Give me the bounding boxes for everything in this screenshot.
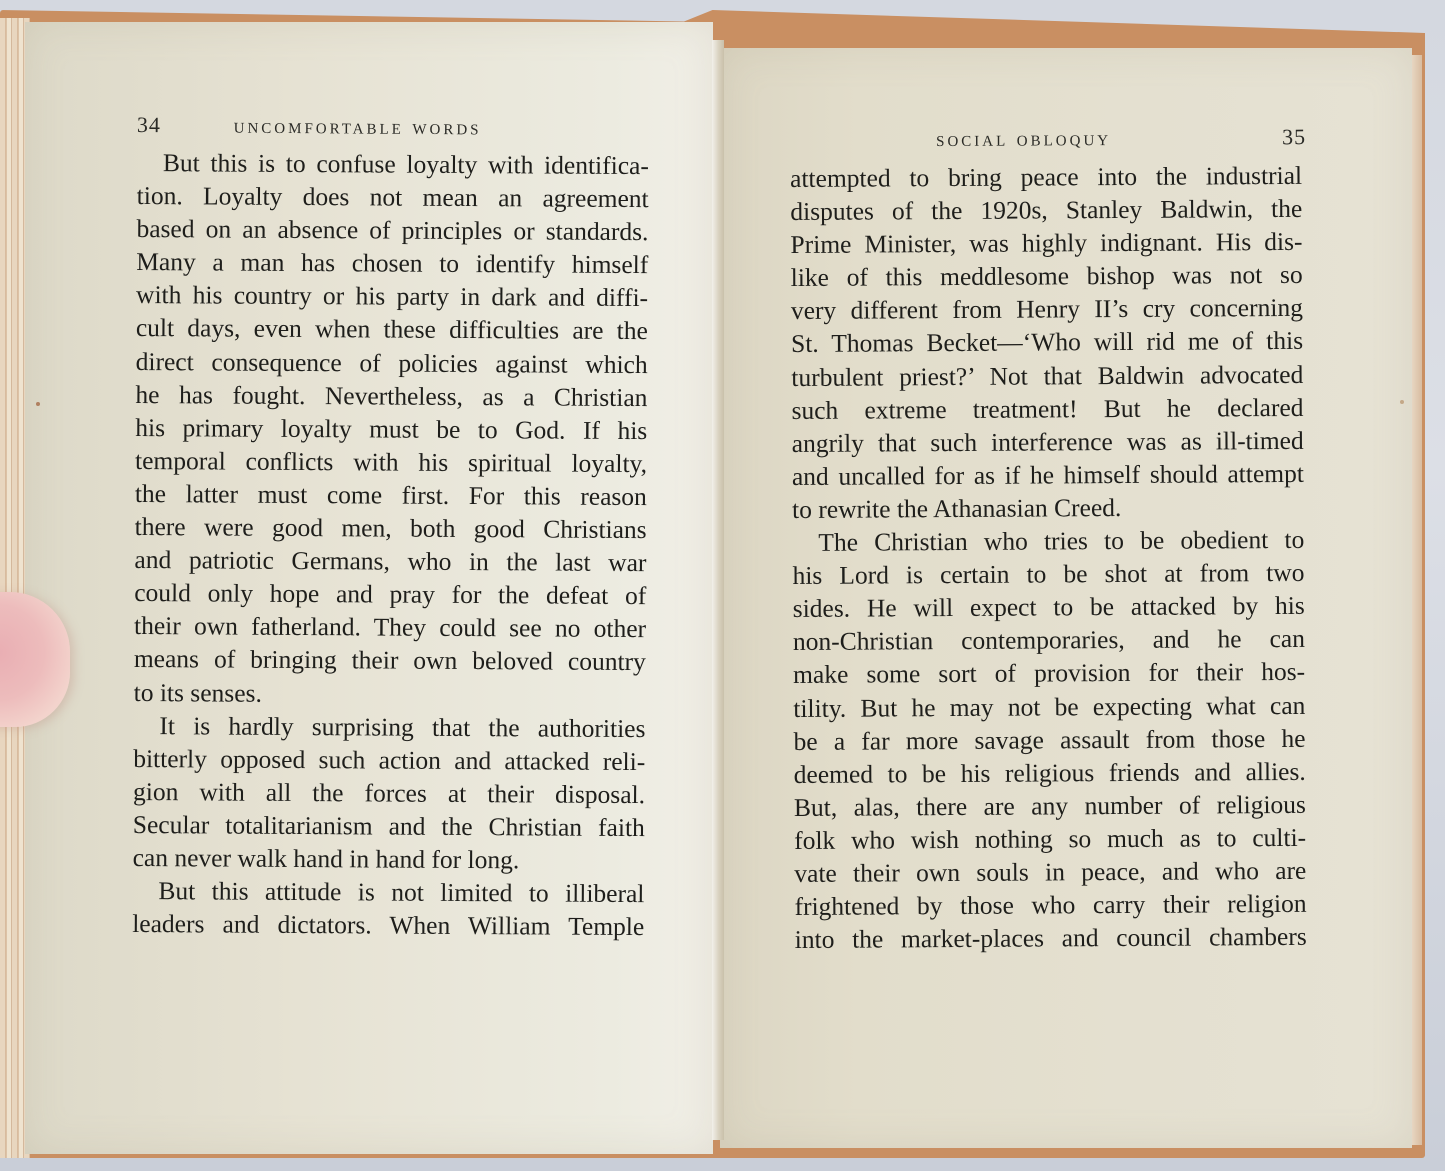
text-line: Prime Minister, was highly indignant. Hi… — [790, 225, 1302, 261]
text-line: folk who wish nothing so much as to cult… — [794, 821, 1306, 857]
right-page-number: 35 — [1282, 124, 1306, 150]
text-line: be a far more savage assault from those … — [793, 721, 1305, 757]
text-line: angrily that such interference was as il… — [792, 424, 1304, 460]
text-line: could only hope and pray for the defeat … — [134, 576, 646, 612]
text-line: their own fatherland. They could see no … — [134, 609, 646, 645]
text-line: attempted to bring peace into the indust… — [790, 159, 1302, 195]
right-page-body: attempted to bring peace into the indust… — [790, 159, 1307, 956]
text-line: But this is to confuse loyalty with iden… — [137, 146, 649, 182]
text-line: make some sort of provision for their ho… — [793, 655, 1305, 691]
text-line: there were good men, both good Christian… — [135, 510, 647, 546]
text-line: to rewrite the Athanasian Creed. — [792, 490, 1304, 526]
text-line: deemed to be his religious friends and a… — [794, 755, 1306, 791]
text-line: turbulent priest?’ Not that Baldwin advo… — [791, 357, 1303, 393]
text-line: he has fought. Nevertheless, as a Christ… — [135, 378, 647, 414]
right-running-title: SOCIAL OBLOQUY — [936, 125, 1111, 151]
text-line: the latter must come first. For this rea… — [135, 477, 647, 513]
text-line: Many a man has chosen to identify himsel… — [136, 245, 648, 281]
text-line: The Christian who tries to be obedient t… — [792, 523, 1304, 559]
right-running-head: SOCIAL OBLOQUY 35 — [936, 124, 1306, 152]
text-line: very different from Henry II’s cry conce… — [791, 291, 1303, 327]
left-running-head: 34 UNCOMFORTABLE WORDS — [137, 112, 482, 140]
left-running-title: UNCOMFORTABLE WORDS — [234, 113, 482, 140]
text-line: disputes of the 1920s, Stanley Baldwin, … — [790, 192, 1302, 228]
text-line: like of this meddlesome bishop was not s… — [791, 258, 1303, 294]
text-line: means of bringing their own beloved coun… — [134, 642, 646, 678]
text-line: cult days, even when these difficulties … — [136, 311, 648, 347]
text-line: into the market-places and council chamb… — [795, 920, 1307, 956]
text-line: his Lord is certain to be shot at from t… — [792, 556, 1304, 592]
text-line: and patriotic Germans, who in the last w… — [134, 543, 646, 579]
book-gutter — [712, 40, 724, 1140]
text-line: leaders and dictators. When William Temp… — [132, 907, 644, 943]
text-line: Secular totalitarianism and the Christia… — [133, 808, 645, 844]
text-line: direct consequence of policies against w… — [136, 345, 648, 381]
left-page-body: But this is to confuse loyalty with iden… — [132, 146, 649, 943]
text-line: It is hardly surprising that the authori… — [133, 709, 645, 745]
paper-mark — [36, 402, 40, 406]
text-line: vate their own souls in peace, and who a… — [794, 854, 1306, 890]
text-line: to its senses. — [134, 675, 646, 711]
text-line: with his country or his party in dark an… — [136, 278, 648, 314]
text-line: sides. He will expect to be attacked by … — [793, 589, 1305, 625]
text-line: based on an absence of principles or sta… — [136, 212, 648, 248]
text-line: tility. But he may not be expecting what… — [793, 688, 1305, 724]
text-line: But, alas, there are any number of relig… — [794, 788, 1306, 824]
left-page-number: 34 — [137, 112, 161, 137]
text-line: such extreme treatment! But he declared — [791, 391, 1303, 427]
text-line: his primary loyalty must be to God. If h… — [135, 411, 647, 447]
text-line: gion with all the forces at their dispos… — [133, 775, 645, 811]
text-line: St. Thomas Becket—‘Who will rid me of th… — [791, 324, 1303, 360]
text-line: frightened by those who carry their reli… — [794, 887, 1306, 923]
text-line: tion. Loyalty does not mean an agreement — [137, 179, 649, 215]
text-line: and uncalled for as if he himself should… — [792, 457, 1304, 493]
book-photo: 34 UNCOMFORTABLE WORDS SOCIAL OBLOQUY 35… — [0, 0, 1445, 1171]
text-line: temporal conflicts with his spiritual lo… — [135, 444, 647, 480]
text-line: can never walk hand in hand for long. — [133, 841, 645, 877]
text-line: But this attitude is not limited to illi… — [132, 874, 644, 910]
text-line: bitterly opposed such action and attacke… — [133, 742, 645, 778]
paper-mark — [1400, 400, 1404, 404]
text-line: non-Christian contemporaries, and he can — [793, 622, 1305, 658]
